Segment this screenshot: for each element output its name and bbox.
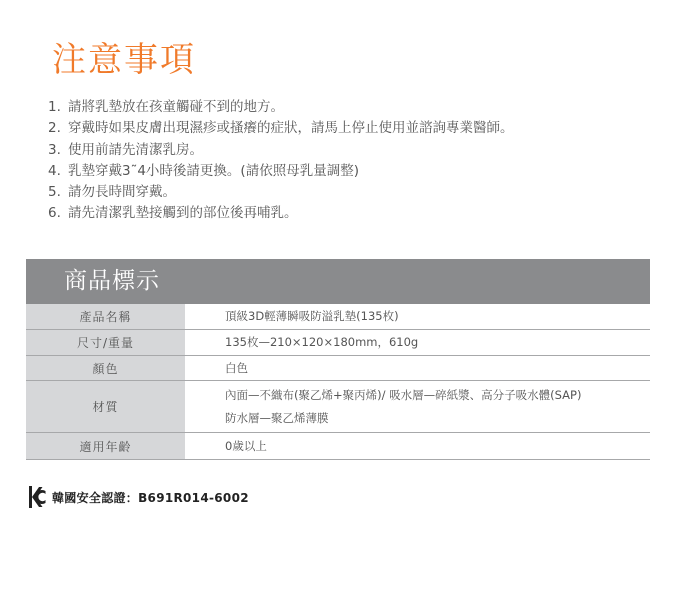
spec-label: 產品名稱	[26, 304, 185, 329]
item-number: 3.	[48, 140, 68, 161]
spec-value: 內面—不織布(聚乙烯+聚丙烯)/ 吸水層—碎紙漿、高分子吸水體(SAP) 防水層…	[185, 381, 650, 432]
item-text: 請先清潔乳墊接觸到的部位後再哺乳。	[68, 205, 298, 221]
item-number: 5.	[48, 182, 68, 203]
spec-table-header: 商品標示	[26, 259, 650, 304]
spec-row-age: 適用年齡 0歲以上	[26, 433, 650, 460]
spec-value-line: 135枚—210×120×180mm，610g	[225, 331, 650, 354]
item-number: 6.	[48, 203, 68, 224]
notice-item: 5.請勿長時間穿戴。	[48, 182, 514, 203]
spec-value: 白色	[185, 356, 650, 380]
spec-row-product-name: 產品名稱 頂級3D輕薄瞬吸防溢乳墊(135枚)	[26, 304, 650, 330]
spec-value: 頂級3D輕薄瞬吸防溢乳墊(135枚)	[185, 304, 650, 329]
spec-label: 材質	[26, 381, 185, 432]
item-text: 請勿長時間穿戴。	[68, 184, 176, 200]
spec-label: 顏色	[26, 356, 185, 380]
spec-value: 0歲以上	[185, 433, 650, 459]
kc-mark-icon	[28, 485, 46, 509]
notice-title: 注意事項	[52, 36, 196, 84]
notice-item: 2.穿戴時如果皮膚出現濕疹或搔癢的症狀，請馬上停止使用並諮詢專業醫師。	[48, 118, 514, 139]
item-text: 請將乳墊放在孩童觸碰不到的地方。	[68, 99, 284, 115]
notice-list: 1.請將乳墊放在孩童觸碰不到的地方。 2.穿戴時如果皮膚出現濕疹或搔癢的症狀，請…	[48, 97, 514, 225]
item-number: 4.	[48, 161, 68, 182]
item-number: 2.	[48, 118, 68, 139]
notice-item: 6.請先清潔乳墊接觸到的部位後再哺乳。	[48, 203, 514, 224]
spec-value: 135枚—210×120×180mm，610g	[185, 330, 650, 355]
spec-value-line: 防水層—聚乙烯薄膜	[225, 407, 650, 430]
spec-table: 商品標示 產品名稱 頂級3D輕薄瞬吸防溢乳墊(135枚) 尺寸/重量 135枚—…	[26, 259, 650, 460]
spec-value-line: 0歲以上	[225, 435, 650, 458]
certification-text: 韓國安全認證：B691R014-6002	[52, 489, 249, 506]
item-text: 使用前請先清潔乳房。	[68, 142, 203, 158]
spec-row-material: 材質 內面—不織布(聚乙烯+聚丙烯)/ 吸水層—碎紙漿、高分子吸水體(SAP) …	[26, 381, 650, 433]
spec-value-line: 白色	[225, 357, 650, 380]
notice-item: 4.乳墊穿戴3˜4小時後請更換。(請依照母乳量調整)	[48, 161, 514, 182]
spec-label: 尺寸/重量	[26, 330, 185, 355]
spec-label: 適用年齡	[26, 433, 185, 459]
safety-certification: 韓國安全認證：B691R014-6002	[28, 485, 249, 509]
item-text: 乳墊穿戴3˜4小時後請更換。(請依照母乳量調整)	[68, 163, 359, 179]
spec-value-line: 內面—不織布(聚乙烯+聚丙烯)/ 吸水層—碎紙漿、高分子吸水體(SAP)	[225, 384, 650, 407]
item-number: 1.	[48, 97, 68, 118]
spec-row-size-weight: 尺寸/重量 135枚—210×120×180mm，610g	[26, 330, 650, 356]
notice-item: 3.使用前請先清潔乳房。	[48, 140, 514, 161]
item-text: 穿戴時如果皮膚出現濕疹或搔癢的症狀，請馬上停止使用並諮詢專業醫師。	[68, 120, 514, 136]
spec-value-line: 頂級3D輕薄瞬吸防溢乳墊(135枚)	[225, 305, 650, 328]
spec-row-color: 顏色 白色	[26, 356, 650, 381]
notice-item: 1.請將乳墊放在孩童觸碰不到的地方。	[48, 97, 514, 118]
